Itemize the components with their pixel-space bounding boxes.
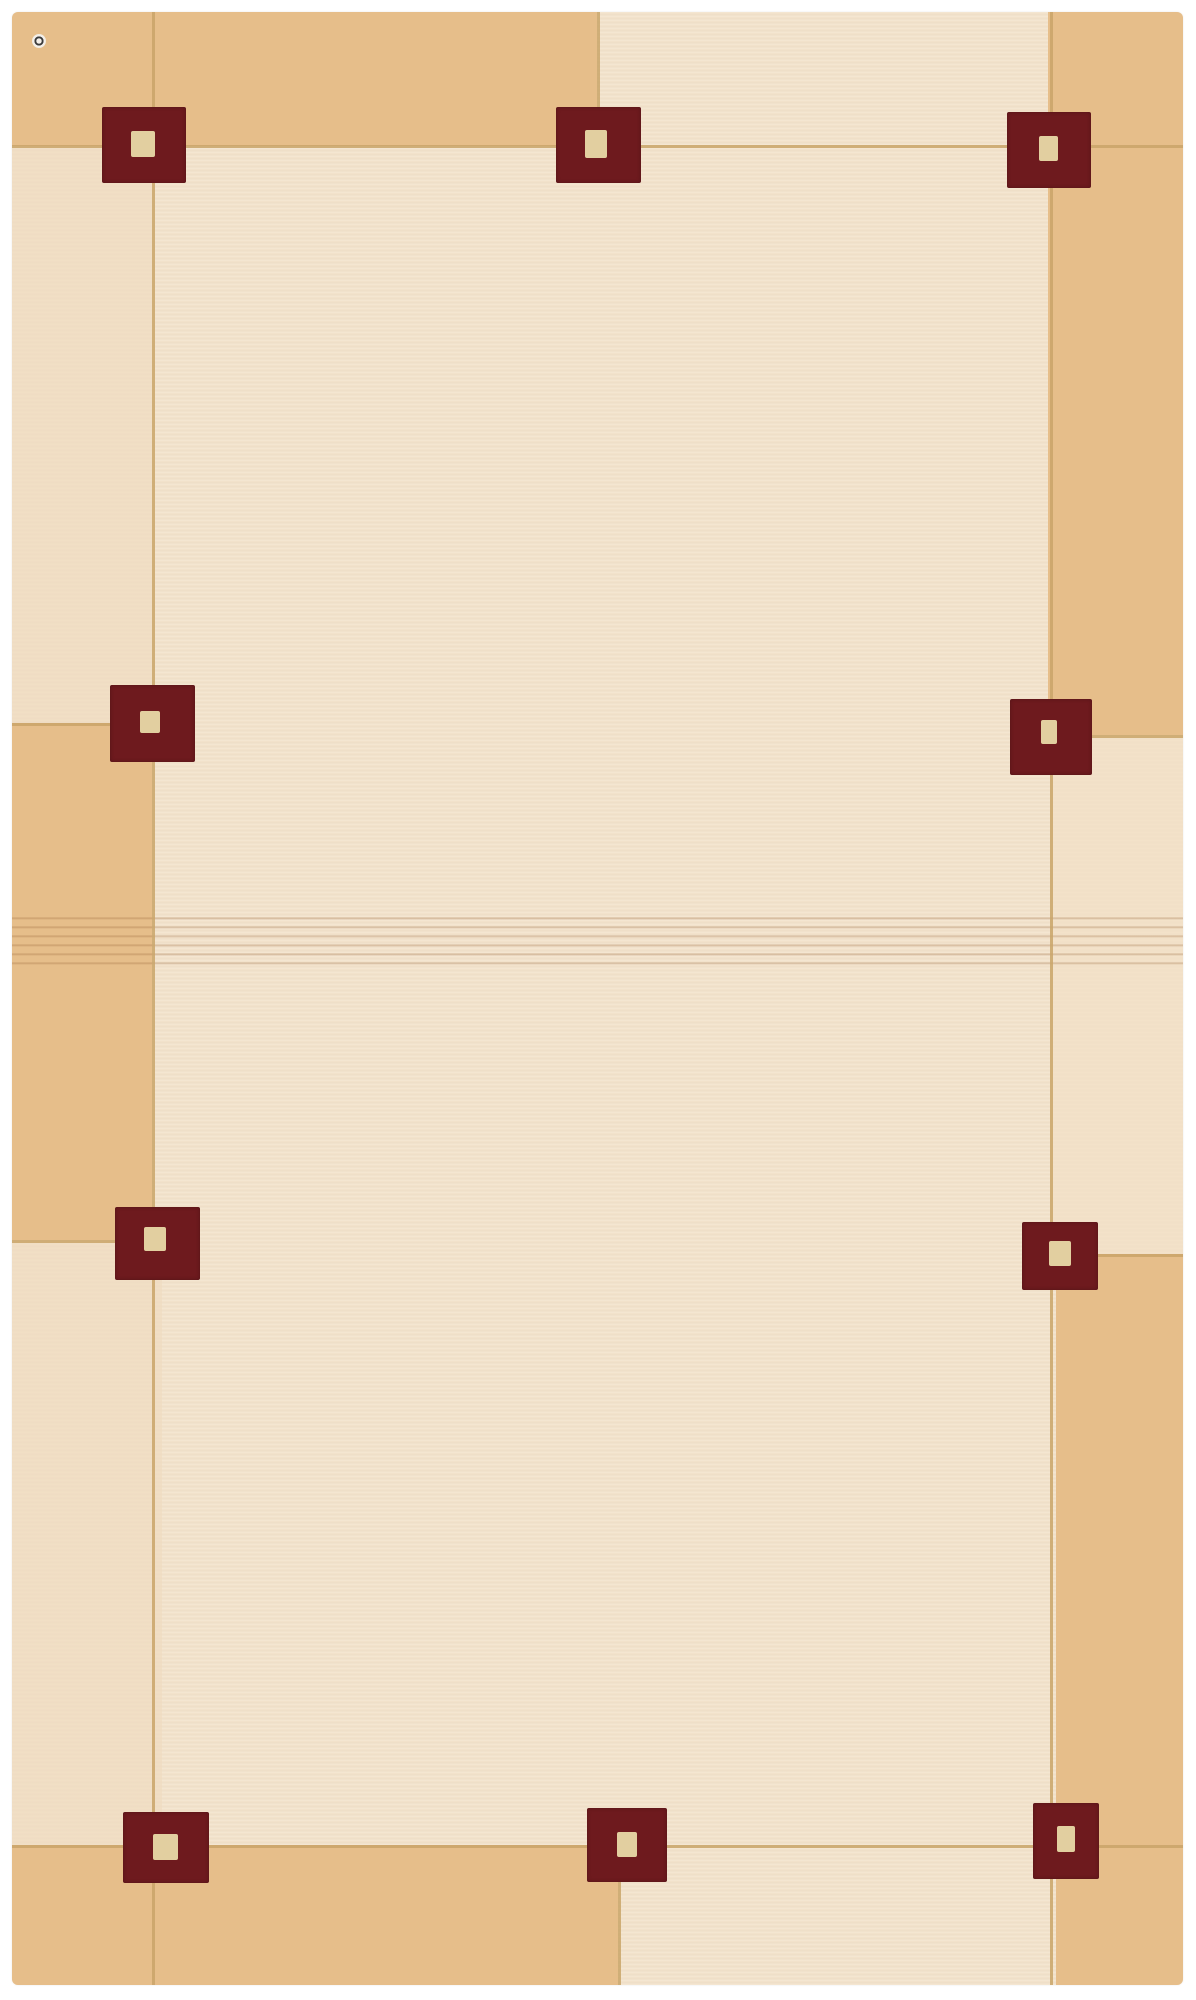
line-right [1050, 12, 1053, 1985]
rug [12, 12, 1183, 1985]
center-streak [12, 911, 1183, 971]
motif-top-right [1007, 112, 1091, 188]
motif-left-upper [110, 685, 195, 762]
border-cream-right-middle [1050, 735, 1183, 1254]
tan-block-left-middle [12, 723, 152, 1240]
tan-block-top-left [12, 12, 597, 146]
line-left [152, 12, 155, 1985]
motif-right-upper [1010, 699, 1092, 775]
motif-bottom-right [1033, 1803, 1099, 1879]
motif-bottom-middle [587, 1808, 667, 1882]
motif-left-lower [115, 1207, 200, 1280]
motif-top-middle [556, 107, 641, 183]
motif-top-left [102, 107, 186, 183]
border-cream-left-bottom [12, 1240, 162, 1845]
motif-bottom-left [123, 1812, 209, 1883]
motif-right-lower [1022, 1222, 1098, 1290]
tan-block-bottom-left [12, 1845, 618, 1985]
border-cream-left-top [12, 146, 152, 723]
brand-label-icon [32, 34, 46, 48]
